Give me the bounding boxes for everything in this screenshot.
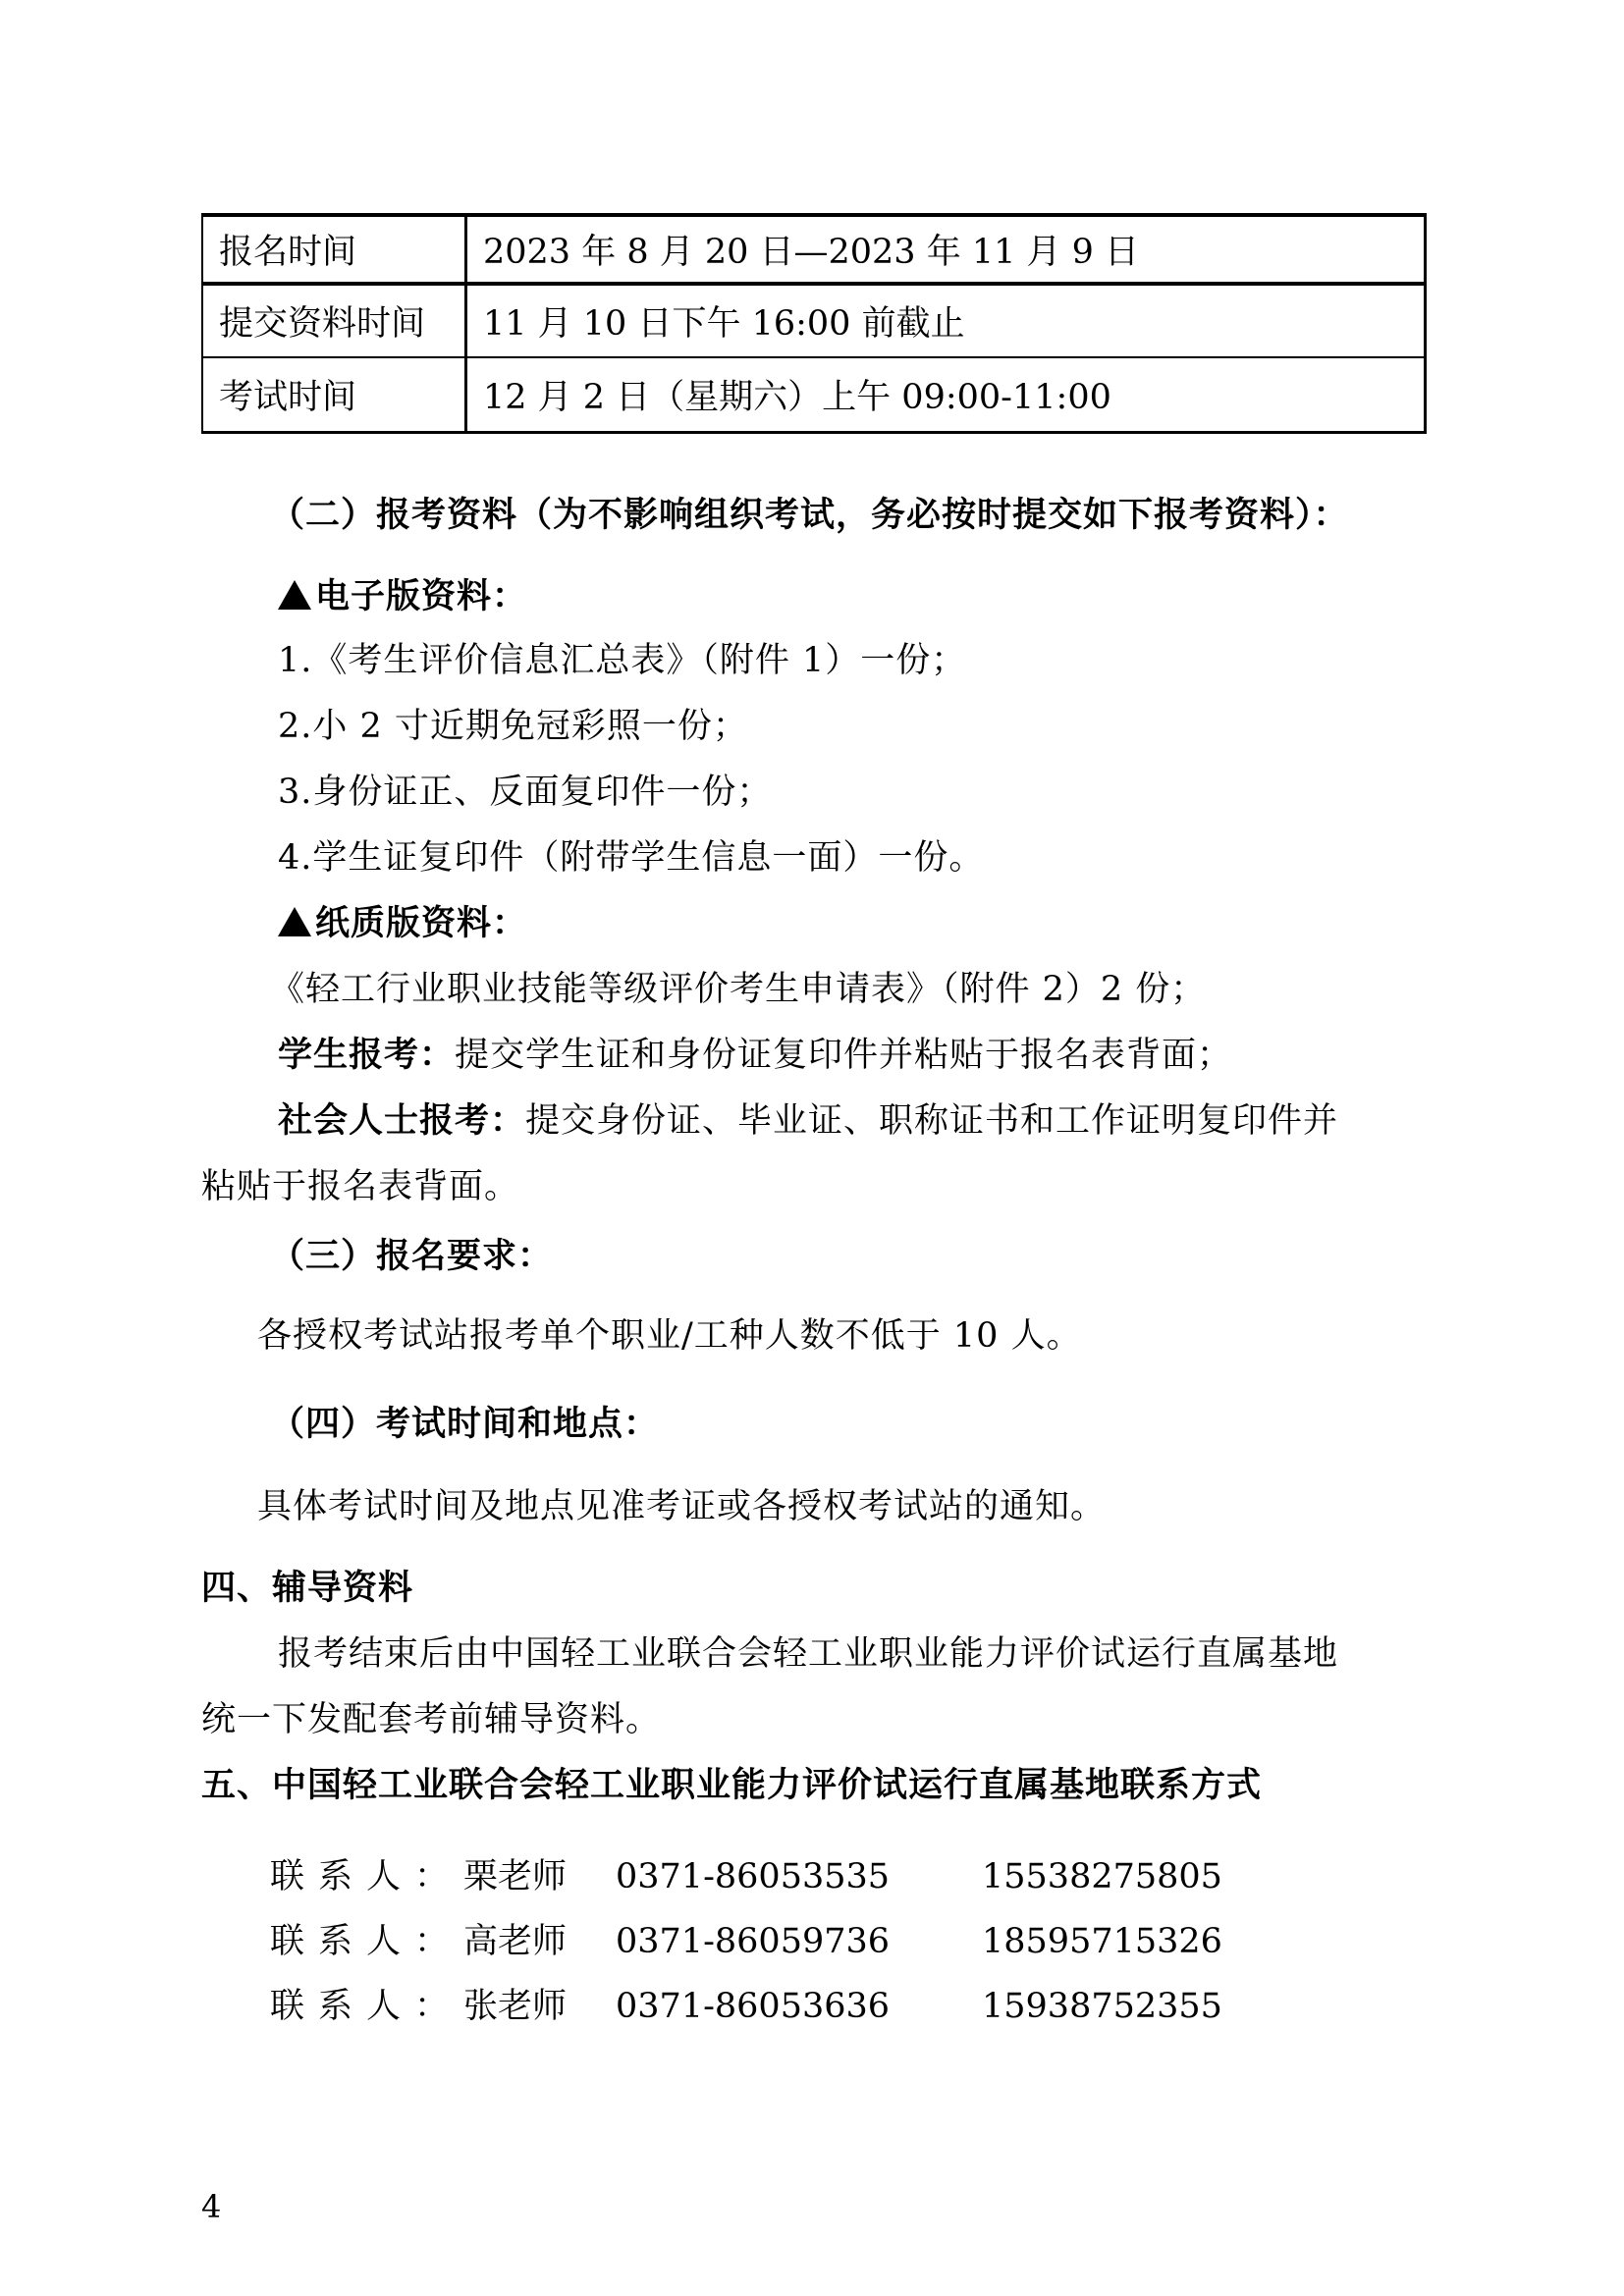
contact-name: 高老师: [463, 1920, 567, 1963]
contact-name: 张老师: [463, 1985, 567, 2028]
contact-mobile: 15538275805: [982, 1855, 1222, 1898]
table-row: 提交资料时间 11 月 10 日下午 16:00 前截止: [202, 284, 1426, 357]
table-row: 报名时间 2023 年 8 月 20 日—2023 年 11 月 9 日: [202, 215, 1426, 284]
paper-form-line: 《轻工行业职业技能等级评价考生申请表》（附件 2）2 份；: [270, 968, 1206, 1011]
part-4-heading: 四、辅导资料: [201, 1567, 413, 1610]
contact-name: 栗老师: [463, 1855, 567, 1898]
paper-heading-text: 纸质版资料：: [315, 904, 527, 943]
triangle-bullet-icon: [278, 907, 311, 936]
triangle-bullet-icon: [278, 580, 311, 610]
electronic-heading: 电子版资料：: [278, 575, 527, 618]
table-row: 考试时间 12 月 2 日（星期六）上午 09:00-11:00: [202, 357, 1426, 433]
row-value: 12 月 2 日（星期六）上午 09:00-11:00: [466, 357, 1426, 433]
section-4-text: 具体考试时间及地点见准考证或各授权考试站的通知。: [257, 1485, 1106, 1528]
list-item: 1.《考生评价信息汇总表》（附件 1）一份；: [278, 639, 966, 682]
contact-telephone: 0371-86053636: [616, 1985, 890, 2028]
contact-label: 联系人：: [270, 1920, 462, 1963]
contact-telephone: 0371-86059736: [616, 1920, 890, 1963]
contact-label: 联系人：: [270, 1855, 462, 1898]
student-apply-label: 学生报考：: [278, 1036, 455, 1075]
paper-heading: 纸质版资料：: [278, 902, 527, 945]
section-4-heading: （四）考试时间和地点：: [270, 1403, 659, 1446]
section-3-text: 各授权考试站报考单个职业/工种人数不低于 10 人。: [257, 1314, 1082, 1358]
student-apply-text: 提交学生证和身份证复印件并粘贴于报名表背面；: [455, 1036, 1232, 1075]
electronic-heading-text: 电子版资料：: [315, 577, 527, 616]
public-apply-continuation: 粘贴于报名表背面。: [201, 1165, 519, 1208]
list-item: 2.小 2 寸近期免冠彩照一份；: [278, 705, 748, 748]
part-4-text-continuation: 统一下发配套考前辅导资料。: [201, 1698, 661, 1741]
section-3-heading: （三）报名要求：: [270, 1235, 553, 1278]
contact-mobile: 15938752355: [982, 1985, 1222, 2028]
schedule-table: 报名时间 2023 年 8 月 20 日—2023 年 11 月 9 日 提交资…: [201, 213, 1427, 434]
row-value: 2023 年 8 月 20 日—2023 年 11 月 9 日: [466, 215, 1426, 284]
student-apply-line: 学生报考：提交学生证和身份证复印件并粘贴于报名表背面；: [278, 1034, 1232, 1077]
row-label: 提交资料时间: [202, 284, 466, 357]
row-value: 11 月 10 日下午 16:00 前截止: [466, 284, 1426, 357]
list-item: 4.学生证复印件（附带学生信息一面）一份。: [278, 836, 984, 880]
contact-label: 联系人：: [270, 1985, 462, 2028]
public-apply-label: 社会人士报考：: [278, 1101, 525, 1141]
page-number: 4: [201, 2187, 221, 2226]
list-item: 3.身份证正、反面复印件一份；: [278, 771, 772, 814]
contact-telephone: 0371-86053535: [616, 1855, 890, 1898]
section-2-heading: （二）报考资料（为不影响组织考试，务必按时提交如下报考资料）：: [270, 494, 1349, 537]
public-apply-text: 提交身份证、毕业证、职称证书和工作证明复印件并: [525, 1101, 1338, 1141]
row-label: 考试时间: [202, 357, 466, 433]
part-4-text: 报考结束后由中国轻工业联合会轻工业职业能力评价试运行直属基地: [278, 1632, 1338, 1676]
part-5-heading: 五、中国轻工业联合会轻工业职业能力评价试运行直属基地联系方式: [201, 1764, 1262, 1807]
contact-mobile: 18595715326: [982, 1920, 1222, 1963]
public-apply-line: 社会人士报考：提交身份证、毕业证、职称证书和工作证明复印件并: [278, 1099, 1338, 1143]
row-label: 报名时间: [202, 215, 466, 284]
